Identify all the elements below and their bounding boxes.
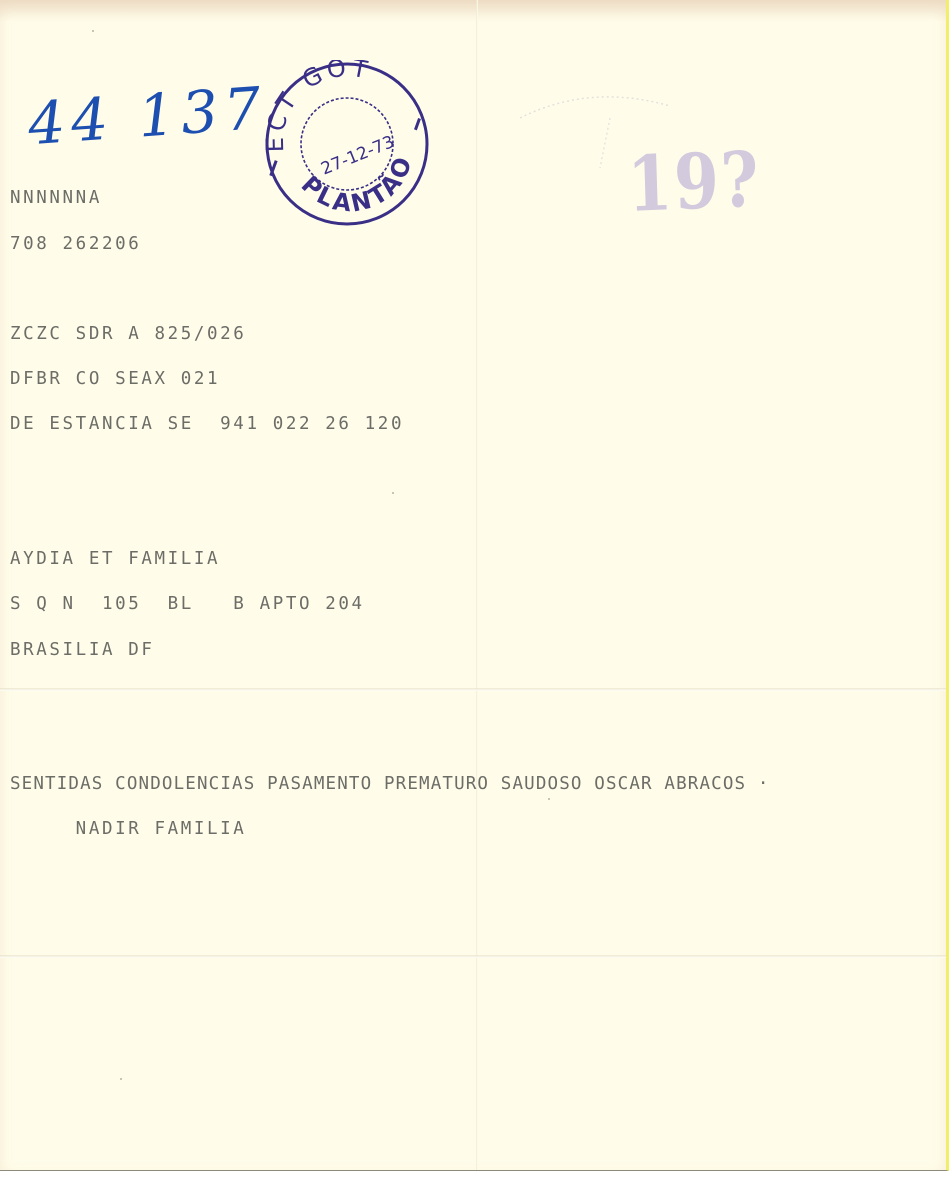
telegram-paper: 44 137 ECT GOT PLANTÃO 27-12-73 19? NNNN… (0, 0, 949, 1171)
routing-line: DFBR CO SEAX 021 (10, 369, 220, 389)
postmark-stamp-icon: ECT GOT PLANTÃO 27-12-73 (262, 60, 432, 228)
vertical-fold-line (476, 0, 478, 1170)
faded-stamp-number: 19? (626, 135, 761, 229)
paper-speck (92, 30, 94, 32)
horizontal-fold-line (0, 688, 946, 691)
svg-text:ECT GOT: ECT GOT (262, 60, 373, 153)
recipient-line: AYDIA ET FAMILIA (10, 549, 220, 569)
horizontal-fold-line (0, 955, 946, 958)
paper-speck (548, 798, 550, 800)
postmark-top-text: ECT GOT (262, 60, 373, 153)
recipient-line: S Q N 105 BL B APTO 204 (10, 594, 365, 614)
paper-speck (392, 492, 394, 494)
paper-speck (120, 1078, 122, 1080)
message-line: SENTIDAS CONDOLENCIAS PASAMENTO PREMATUR… (10, 774, 770, 794)
paper-stain (0, 0, 946, 22)
header-line: 708 262206 (10, 234, 141, 254)
routing-line: DE ESTANCIA SE 941 022 26 120 (10, 414, 404, 434)
handwritten-number: 44 137 (26, 74, 269, 159)
routing-line: ZCZC SDR A 825/026 (10, 324, 246, 344)
recipient-line: BRASILIA DF (10, 640, 155, 660)
header-line: NNNNNNA (10, 188, 102, 208)
message-line: NADIR FAMILIA (10, 819, 246, 839)
